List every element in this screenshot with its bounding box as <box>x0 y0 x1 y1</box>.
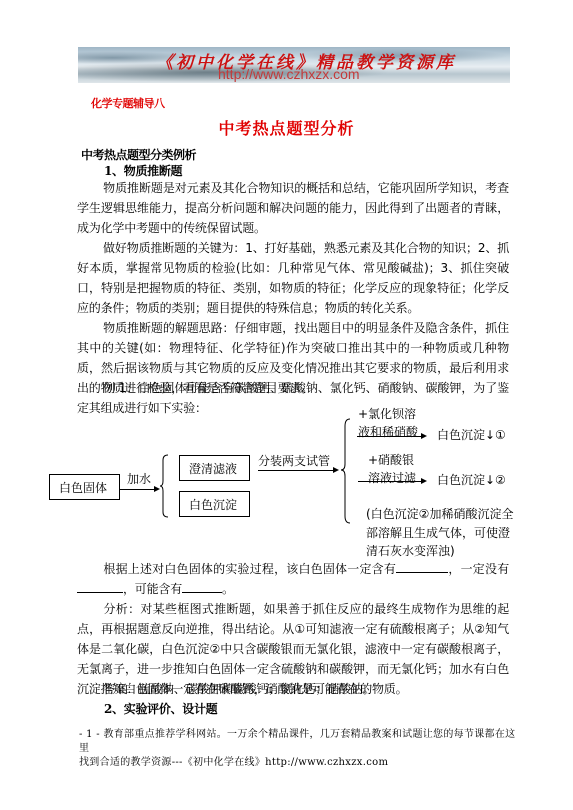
arrow-line <box>358 481 421 482</box>
question-fill-blanks: 根据上述对白色固体的实验过程，该白色固体一定含有，一定没有，可能含有。 <box>77 559 509 599</box>
document-page: 《初中化学在线》精品教学资源库 http://www.czhxzx.com 化学… <box>0 0 573 810</box>
answer-blank-2[interactable] <box>77 579 123 593</box>
footer-line-2: 找到合适的教学资源---《初中化学在线》http://www.czhxzx.co… <box>79 756 519 770</box>
label-split-two-tubes: 分装两支试管 <box>258 452 330 469</box>
branch2-reagent-line2: 溶液过滤 <box>368 469 416 486</box>
page-footer: - 1 - 教育部重点推荐学科网站。一万余个精品课件，几万套精品教案和试题让您的… <box>79 728 519 770</box>
paragraph-text: 例 1：白色固体可能含有碳酸钙、硫酸钠、氯化钙、硝酸钠、碳酸钾，为了鉴定其组成进… <box>77 381 509 415</box>
branch1-result: 白色沉淀↓① <box>437 426 506 443</box>
answer-text: 答案：硫酸钠、碳酸钾和碳酸钙；氯化钙；硝酸钠。 <box>103 682 374 696</box>
page-title: 中考热点题型分析 <box>0 116 573 139</box>
question-text: 。 <box>222 582 234 596</box>
question-text: 根据上述对白色固体的实验过程，该白色固体一定含有 <box>103 562 396 576</box>
subsection-heading-2: 2、实验评价、设计题 <box>104 700 217 717</box>
paragraph-text: 做好物质推断题的关键为：1、打好基础，熟悉元素及其化合物的知识；2、抓好本质，掌… <box>77 241 509 315</box>
left-brace-icon <box>160 454 170 518</box>
series-label: 化学专题辅导八 <box>91 95 165 111</box>
branch2-result: 白色沉淀↓② <box>437 471 506 488</box>
note-line-3: 清石灰水变浑浊) <box>366 542 455 559</box>
paragraph-text: 物质推断题是对元素及其化合物知识的概括和总结，它能巩固所学知识，考查学生逻辑思维… <box>77 181 509 235</box>
box-white-solid: 白色固体 <box>49 474 120 500</box>
answer-blank-1[interactable] <box>396 559 448 573</box>
question-text: ，一定没有 <box>448 562 509 576</box>
arrowhead-icon <box>421 478 427 484</box>
branch1-reagent-line1: +氯化钡溶 <box>358 405 416 422</box>
question-text: ，可能含有 <box>123 582 182 596</box>
right-branch-brace-icon <box>340 418 352 524</box>
arrowhead-icon <box>333 467 339 473</box>
section-heading: 中考热点题型分类例析 <box>81 146 196 163</box>
footer-line-1: - 1 - 教育部重点推荐学科网站。一万余个精品课件，几万套精品教案和试题让您的… <box>79 728 519 756</box>
box-clear-filtrate: 澄清滤液 <box>179 455 250 481</box>
note-line-2: 部溶解且生成气体，可使澄 <box>366 524 510 541</box>
arrow-line <box>357 436 421 437</box>
paragraph-key-points: 做好物质推断题的关键为：1、打好基础，熟悉元素及其化合物的知识；2、抓好本质，掌… <box>77 238 509 318</box>
paragraph-intro: 物质推断题是对元素及其化合物知识的概括和总结，它能巩固所学知识，考查学生逻辑思维… <box>77 178 509 238</box>
branch1-reagent-line2: 液和稀硝酸 <box>358 423 418 440</box>
arrow-line <box>120 489 155 490</box>
label-add-water: 加水 <box>127 470 151 487</box>
answer-blank-3[interactable] <box>182 579 222 593</box>
branch2-reagent-line1: +硝酸银 <box>368 451 414 468</box>
paragraph-example: 例 1：白色固体可能含有碳酸钙、硫酸钠、氯化钙、硝酸钠、碳酸钾，为了鉴定其组成进… <box>77 378 509 418</box>
note-line-1: (白色沉淀②加稀硝酸沉淀全 <box>366 505 513 522</box>
subsection-heading-1: 1、物质推断题 <box>104 162 182 179</box>
box-white-precipitate: 白色沉淀 <box>179 491 250 517</box>
paragraph-answer: 答案：硫酸钠、碳酸钾和碳酸钙；氯化钙；硝酸钠。 <box>77 679 509 699</box>
arrowhead-icon <box>421 433 427 439</box>
banner-url: http://www.czhxzx.com <box>218 66 360 82</box>
site-banner: 《初中化学在线》精品教学资源库 http://www.czhxzx.com <box>78 47 510 83</box>
arrow-line <box>258 470 334 471</box>
